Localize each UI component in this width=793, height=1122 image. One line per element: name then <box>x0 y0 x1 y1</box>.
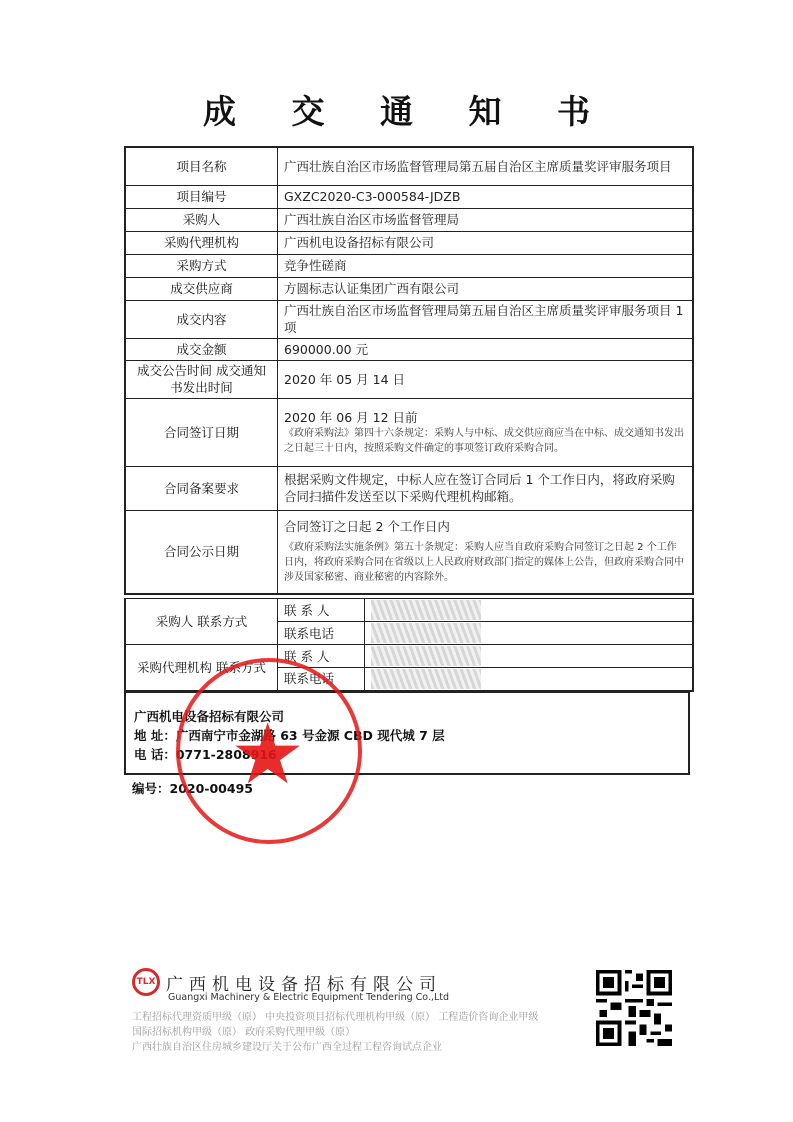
row-value: 方圆标志认证集团广西有限公司 <box>278 277 694 300</box>
table-row: 成交供应商 方圆标志认证集团广西有限公司 <box>125 277 693 300</box>
table-row: 合同备案要求 根据采购文件规定，中标人应在签订合同后 1 个工作日内，将政府采购… <box>125 466 693 510</box>
row-label: 合同公示日期 <box>125 510 278 594</box>
row-value: 690000.00 元 <box>278 338 694 360</box>
person-value <box>365 599 694 622</box>
redacted-block <box>371 623 481 643</box>
contract-date: 2020 年 06 月 12 日前 <box>284 409 686 426</box>
letterhead-company-cn: 广西机电设备招标有限公司 <box>166 970 442 995</box>
document-title: 成 交 通 知 书 <box>0 86 793 133</box>
redacted-block <box>371 646 481 666</box>
phone-value <box>365 668 694 691</box>
person-label: 联 系 人 <box>278 599 365 622</box>
row-label: 采购人 <box>125 208 278 231</box>
table-row: 采购人 广西壮族自治区市场监督管理局 <box>125 208 693 231</box>
row-value: GXZC2020-C3-000584-JDZB <box>278 185 694 208</box>
contact-row: 采购人 联系方式 联 系 人 <box>125 599 693 622</box>
row-value: 2020 年 05 月 14 日 <box>278 360 694 398</box>
row-value: 合同签订之日起 2 个工作日内 《政府采购法实施条例》第五十条规定：采购人应当自… <box>278 510 694 594</box>
legal-note: 《政府采购法》第四十六条规定：采购人与中标、成交供应商应当在中标、成交通知书发出… <box>284 426 686 456</box>
table-row: 项目名称 广西壮族自治区市场监督管理局第五届自治区主席质量奖评审服务项目 <box>125 147 693 185</box>
table-row: 合同公示日期 合同签订之日起 2 个工作日内 《政府采购法实施条例》第五十条规定… <box>125 510 693 594</box>
row-value: 竞争性磋商 <box>278 254 694 277</box>
redacted-block <box>371 600 481 620</box>
document-number: 编号：2020-00495 <box>132 779 253 797</box>
contacts-table: 采购人 联系方式 联 系 人 联系电话 采购代理机构 联系方式 联 系 人 联系… <box>124 598 694 692</box>
redacted-block <box>371 669 481 689</box>
row-label: 采购代理机构 <box>125 231 278 254</box>
row-label: 成交供应商 <box>125 277 278 300</box>
table-row: 采购代理机构 广西机电设备招标有限公司 <box>125 231 693 254</box>
row-label: 项目编号 <box>125 185 278 208</box>
qualification-line: 工程招标代理资质甲级（原） 中央投资项目招标代理机构甲级（原） 工程造价咨询企业… <box>132 1010 538 1025</box>
phone-value <box>365 622 694 645</box>
publicity-date: 合同签订之日起 2 个工作日内 <box>284 518 686 535</box>
table-row: 成交金额 690000.00 元 <box>125 338 693 360</box>
row-label: 合同备案要求 <box>125 466 278 510</box>
logo-mark-icon: TLX <box>132 968 160 996</box>
row-label: 成交公告时间 成交通知书发出时间 <box>125 360 278 398</box>
row-label: 合同签订日期 <box>125 398 278 466</box>
row-label: 成交内容 <box>125 300 278 338</box>
row-value: 根据采购文件规定，中标人应在签订合同后 1 个工作日内，将政府采购合同扫描件发送… <box>278 466 694 510</box>
qualifications: 工程招标代理资质甲级（原） 中央投资项目招标代理机构甲级（原） 工程造价咨询企业… <box>132 1010 538 1055</box>
agency-company: 广西机电设备招标有限公司 <box>134 707 680 726</box>
phone-label: 联系电话 <box>278 622 365 645</box>
row-value: 广西机电设备招标有限公司 <box>278 231 694 254</box>
contact-group-label: 采购代理机构 联系方式 <box>125 645 278 691</box>
table-row: 采购方式 竞争性磋商 <box>125 254 693 277</box>
contact-group-label: 采购人 联系方式 <box>125 599 278 645</box>
person-value <box>365 645 694 668</box>
letterhead-company-en: Guangxi Machinery & Electric Equipment T… <box>168 992 449 1003</box>
agency-phone: 电 话：0771-2808916 <box>134 745 680 764</box>
qualification-line: 广西壮族自治区住房城乡建设厅关于公布广西全过程工程咨询试点企业 <box>132 1040 538 1055</box>
row-label: 采购方式 <box>125 254 278 277</box>
notice-table: 项目名称 广西壮族自治区市场监督管理局第五届自治区主席质量奖评审服务项目 项目编… <box>124 146 694 595</box>
person-label: 联 系 人 <box>278 645 365 668</box>
row-value: 广西壮族自治区市场监督管理局第五届自治区主席质量奖评审服务项目 <box>278 147 694 185</box>
contact-row: 采购代理机构 联系方式 联 系 人 <box>125 645 693 668</box>
row-value: 广西壮族自治区市场监督管理局 <box>278 208 694 231</box>
row-value: 2020 年 06 月 12 日前 《政府采购法》第四十六条规定：采购人与中标、… <box>278 398 694 466</box>
qr-code-icon <box>596 970 672 1046</box>
row-label: 成交金额 <box>125 338 278 360</box>
agency-info-box: 广西机电设备招标有限公司 地 址：广西南宁市金湖路 63 号金源 CBD 现代城… <box>124 691 690 775</box>
agency-address: 地 址：广西南宁市金湖路 63 号金源 CBD 现代城 7 层 <box>134 726 680 745</box>
row-value: 广西壮族自治区市场监督管理局第五届自治区主席质量奖评审服务项目 1 项 <box>278 300 694 338</box>
row-label: 项目名称 <box>125 147 278 185</box>
legal-note: 《政府采购法实施条例》第五十条规定：采购人应当自政府采购合同签订之日起 2 个工… <box>284 540 686 585</box>
table-row: 项目编号 GXZC2020-C3-000584-JDZB <box>125 185 693 208</box>
qualification-line: 国际招标机构甲级（原） 政府采购代理甲级（原） <box>132 1025 538 1040</box>
phone-label: 联系电话 <box>278 668 365 691</box>
table-row: 成交公告时间 成交通知书发出时间 2020 年 05 月 14 日 <box>125 360 693 398</box>
table-row: 合同签订日期 2020 年 06 月 12 日前 《政府采购法》第四十六条规定：… <box>125 398 693 466</box>
table-row: 成交内容 广西壮族自治区市场监督管理局第五届自治区主席质量奖评审服务项目 1 项 <box>125 300 693 338</box>
